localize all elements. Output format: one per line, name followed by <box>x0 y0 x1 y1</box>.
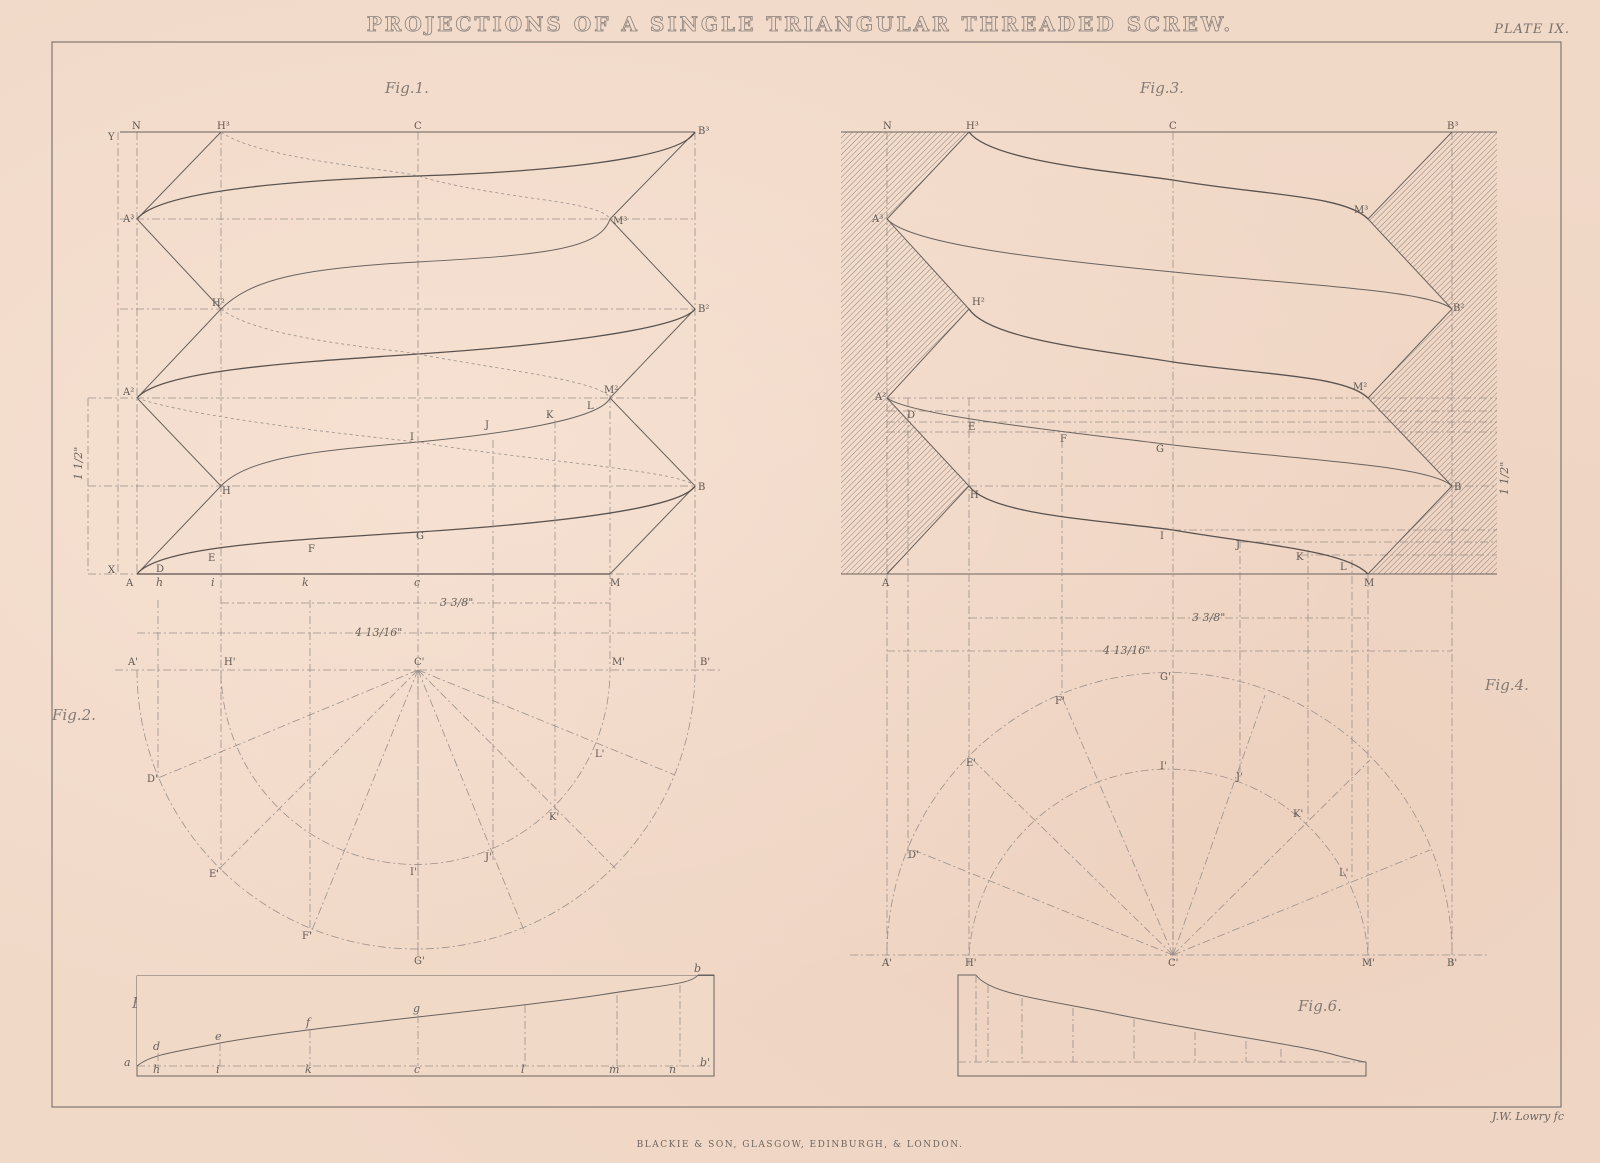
svg-text:K: K <box>546 410 554 421</box>
svg-text:H³: H³ <box>966 121 979 132</box>
svg-text:D: D <box>907 410 915 421</box>
svg-text:i: i <box>211 576 215 589</box>
svg-text:C: C <box>1169 121 1177 132</box>
svg-text:H²: H² <box>972 297 985 308</box>
fig1-elevation: Fig.1. N Y H³ C B³ A³ <box>72 79 709 965</box>
fig3-label: Fig.3. <box>1139 79 1184 97</box>
svg-text:J': J' <box>1235 772 1243 783</box>
svg-text:L': L' <box>595 749 604 760</box>
svg-text:A: A <box>125 578 134 589</box>
fig4-label: Fig.4. <box>1484 676 1529 694</box>
svg-text:G: G <box>416 531 424 542</box>
svg-text:A³: A³ <box>122 214 134 225</box>
svg-text:M: M <box>610 578 620 589</box>
svg-text:F: F <box>308 544 315 555</box>
engraving-drawing: Fig.1. N Y H³ C B³ A³ <box>0 0 1600 1163</box>
svg-text:E: E <box>208 553 215 564</box>
fig5-development: Fig.5. a b b' d e f g h i k c l m n <box>124 962 714 1076</box>
svg-text:A': A' <box>127 657 138 668</box>
svg-text:i: i <box>216 1063 220 1076</box>
svg-text:D: D <box>156 564 164 575</box>
svg-text:c: c <box>414 576 420 589</box>
inner-diameter-label-right: 3 3/8" <box>1192 611 1225 624</box>
svg-text:B': B' <box>1447 958 1457 969</box>
svg-text:A: A <box>881 578 890 589</box>
svg-text:c: c <box>414 1063 420 1076</box>
pitch-dimension-right: 1 1/2" <box>1498 462 1511 495</box>
svg-text:E': E' <box>209 869 219 880</box>
svg-text:J': J' <box>484 852 492 863</box>
svg-text:g: g <box>413 1002 420 1015</box>
svg-text:E': E' <box>966 758 976 769</box>
svg-text:M²: M² <box>604 385 618 396</box>
svg-text:I: I <box>1160 531 1164 542</box>
svg-text:D': D' <box>147 774 158 785</box>
svg-text:F': F' <box>1055 696 1065 707</box>
svg-text:F: F <box>1060 434 1067 445</box>
inner-diameter-label-left: 3 3/8" <box>440 596 473 609</box>
svg-text:E: E <box>968 422 975 433</box>
fig6-development: Fig.6. <box>958 975 1366 1076</box>
fig6-label: Fig.6. <box>1297 997 1342 1015</box>
svg-text:I: I <box>410 432 414 443</box>
svg-text:b: b <box>694 962 701 975</box>
svg-text:N: N <box>132 121 141 132</box>
svg-text:k: k <box>305 1063 312 1076</box>
svg-text:B: B <box>698 482 705 493</box>
svg-text:Y: Y <box>107 132 115 143</box>
svg-text:b': b' <box>700 1056 710 1069</box>
svg-text:C': C' <box>1168 958 1178 969</box>
svg-text:H³: H³ <box>217 121 230 132</box>
svg-text:h: h <box>153 1063 160 1076</box>
svg-text:N: N <box>883 121 892 132</box>
svg-text:K: K <box>1296 552 1304 563</box>
svg-text:G': G' <box>414 956 425 967</box>
svg-text:B³: B³ <box>698 126 709 137</box>
svg-text:B': B' <box>700 657 710 668</box>
svg-text:a: a <box>124 1056 131 1069</box>
svg-text:X: X <box>108 565 116 576</box>
fig3-section-elevation: Fig.3. N H³ <box>841 79 1511 965</box>
svg-text:M²: M² <box>1353 382 1367 393</box>
svg-text:B³: B³ <box>1447 121 1458 132</box>
fig1-label: Fig.1. <box>384 79 429 97</box>
svg-text:M': M' <box>612 657 625 668</box>
svg-text:k: k <box>302 576 309 589</box>
fig2-plan: Fig.2. A' H' C' M' B' D' E' F' G' I' J' … <box>51 420 720 967</box>
svg-text:h: h <box>156 576 163 589</box>
svg-text:n: n <box>669 1063 676 1076</box>
svg-text:J: J <box>1235 540 1240 551</box>
outer-diameter-label-right: 4 13/16" <box>1102 644 1150 657</box>
svg-text:I': I' <box>410 867 417 878</box>
svg-text:C': C' <box>414 657 424 668</box>
svg-text:F': F' <box>302 931 312 942</box>
outer-diameter-label-left: 4 13/16" <box>354 626 402 639</box>
publisher-imprint: BLACKIE & SON, GLASGOW, EDINBURGH, & LON… <box>0 1140 1600 1150</box>
svg-text:d: d <box>153 1040 160 1053</box>
svg-text:M: M <box>1364 578 1374 589</box>
svg-text:L: L <box>1340 562 1347 573</box>
svg-text:M': M' <box>1362 958 1375 969</box>
svg-text:H': H' <box>965 958 976 969</box>
svg-text:M³: M³ <box>613 216 627 227</box>
svg-text:L': L' <box>1339 868 1348 879</box>
svg-text:H: H <box>222 486 231 497</box>
svg-text:K': K' <box>1293 809 1303 820</box>
fig4-plan: Fig.4. A' H' C' M' B' D' E' F' G' I' J' … <box>850 672 1529 969</box>
svg-text:K': K' <box>549 812 559 823</box>
svg-text:H²: H² <box>212 298 225 309</box>
svg-text:B²: B² <box>1453 303 1464 314</box>
svg-text:J: J <box>484 420 489 431</box>
svg-text:H: H <box>970 490 979 501</box>
svg-text:A³: A³ <box>871 214 883 225</box>
svg-text:G: G <box>1156 444 1164 455</box>
fig2-label: Fig.2. <box>51 706 96 724</box>
svg-text:A': A' <box>881 958 892 969</box>
svg-text:A²: A² <box>122 387 134 398</box>
engraver-credit: J.W. Lowry fc <box>1492 1110 1564 1123</box>
pitch-dimension: 1 1/2" <box>72 447 85 480</box>
svg-text:G': G' <box>1160 672 1171 683</box>
svg-text:l: l <box>521 1063 525 1076</box>
svg-text:I': I' <box>1160 761 1167 772</box>
svg-text:e: e <box>215 1030 222 1043</box>
svg-text:B: B <box>1454 482 1461 493</box>
svg-text:L: L <box>587 401 594 412</box>
svg-text:M³: M³ <box>1354 205 1368 216</box>
svg-text:m: m <box>609 1063 619 1076</box>
svg-text:D': D' <box>908 850 919 861</box>
svg-text:B²: B² <box>698 304 709 315</box>
svg-text:A²: A² <box>874 392 886 403</box>
svg-text:H': H' <box>224 657 235 668</box>
svg-text:C: C <box>414 121 422 132</box>
